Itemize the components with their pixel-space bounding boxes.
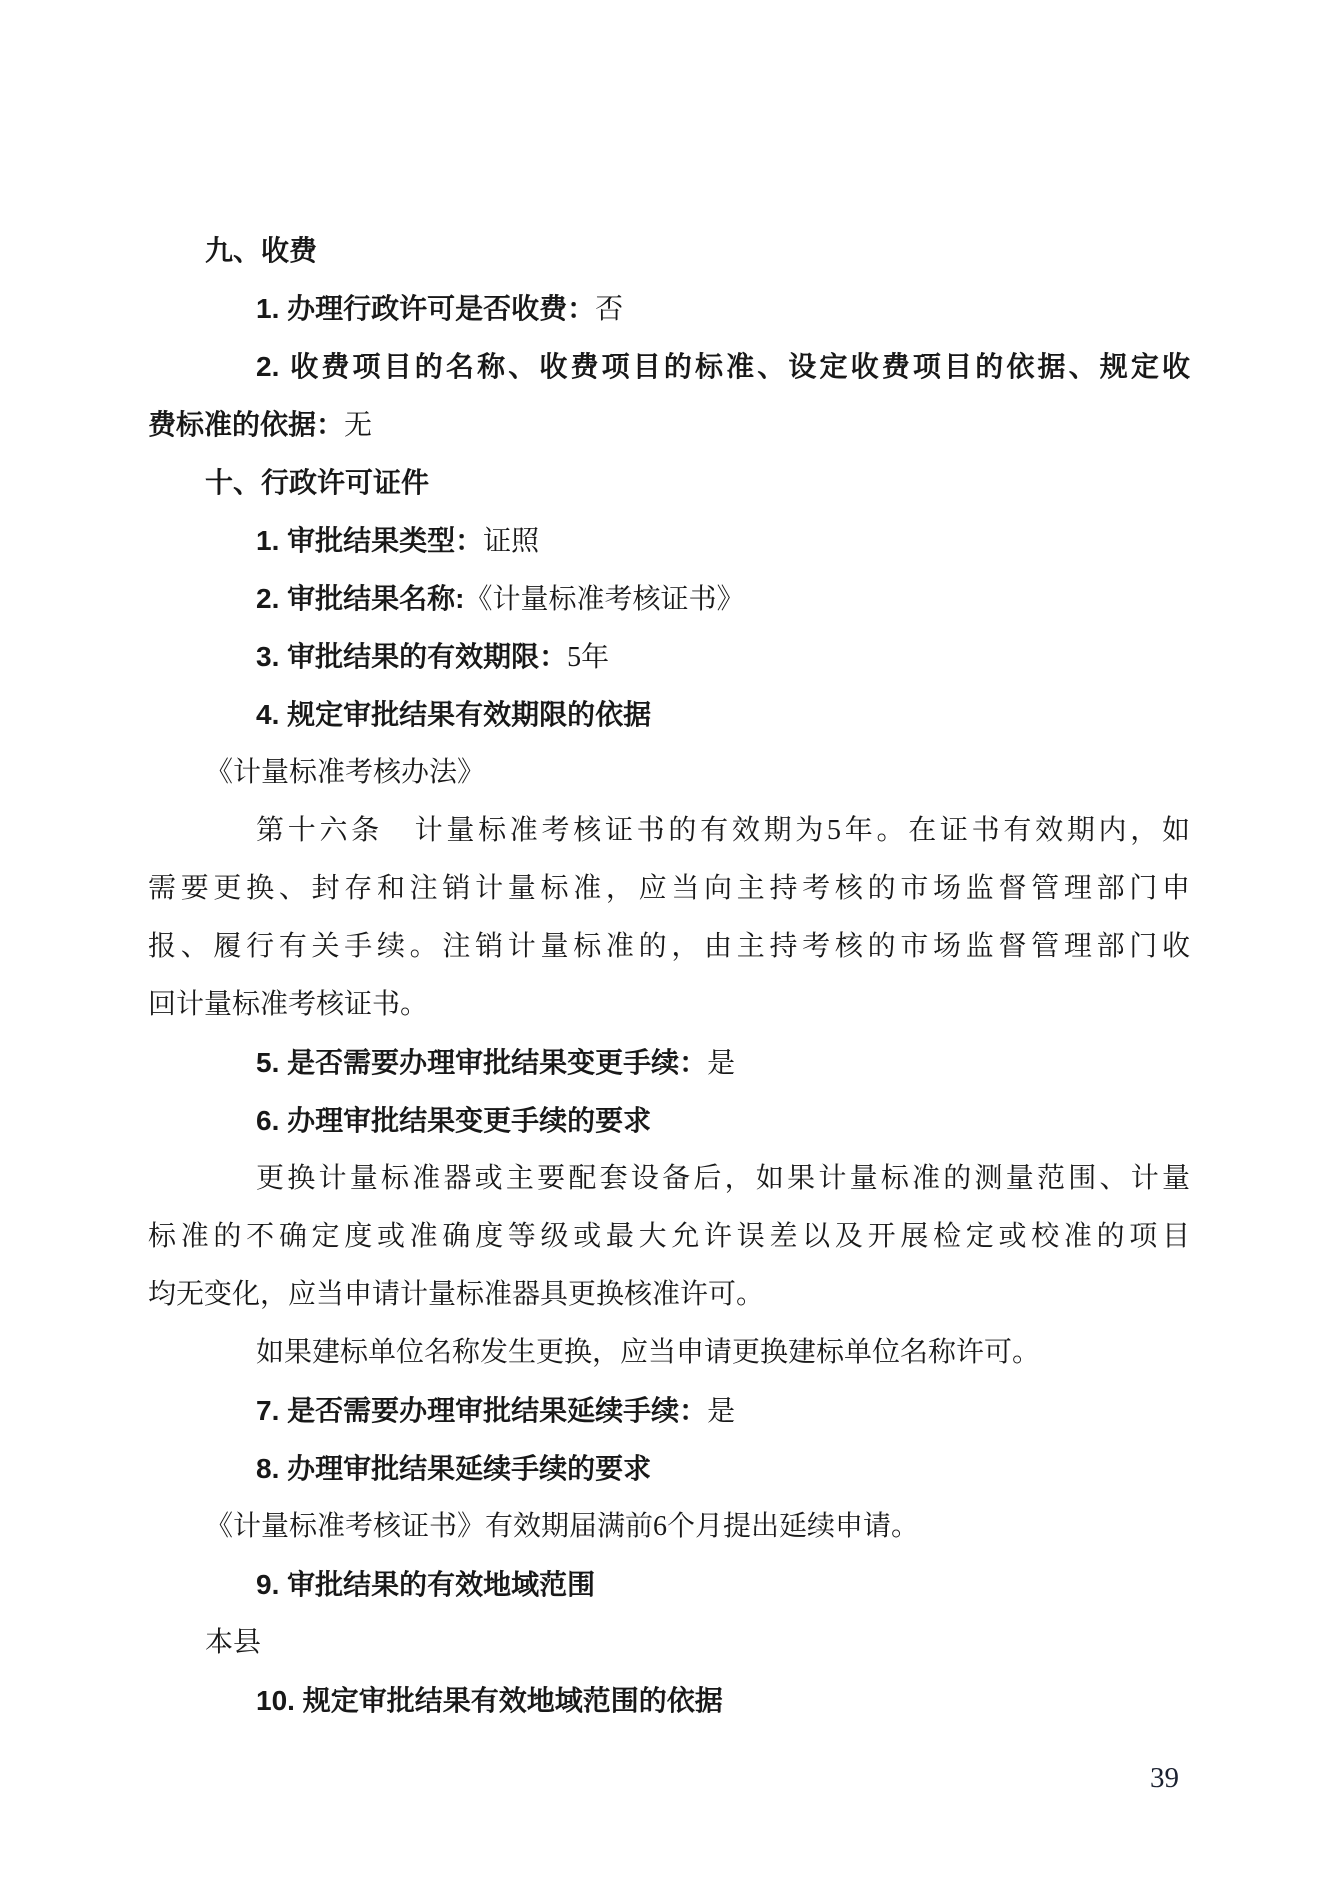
field-label: 2. 收费项目的名称、收费项目的标准、设定收费项目的依据、规定收 — [256, 351, 1190, 382]
text-line: 《计量标准考核办法》 — [205, 744, 1190, 802]
page-number: 39 — [1150, 1761, 1179, 1795]
text-line: 需要更换、封存和注销计量标准，应当向主持考核的市场监督管理部门申 — [148, 860, 1190, 918]
field-label: 2. 审批结果名称: — [256, 583, 464, 614]
text-line: 标准的不确定度或准确度等级或最大允许误差以及开展检定或校准的项目 — [148, 1208, 1190, 1266]
text-line: 7. 是否需要办理审批结果延续手续：是 — [256, 1382, 1190, 1440]
field-value: 更换计量标准器或主要配套设备后，如果计量标准的测量范围、计量 — [256, 1163, 1190, 1194]
field-value: 本县 — [205, 1627, 261, 1658]
field-value: 《计量标准考核证书》 — [464, 584, 744, 615]
text-line: 3. 审批结果的有效期限：5年 — [256, 628, 1190, 686]
field-label: 9. 审批结果的有效地域范围 — [256, 1569, 595, 1600]
field-label: 3. 审批结果的有效期限： — [256, 641, 567, 672]
field-label: 1. 审批结果类型： — [256, 525, 483, 556]
field-value: 5年 — [567, 642, 609, 673]
field-label: 十、行政许可证件 — [205, 467, 429, 498]
field-value: 是 — [707, 1396, 735, 1427]
document-body: 九、收费1. 办理行政许可是否收费：否2. 收费项目的名称、收费项目的标准、设定… — [148, 222, 1190, 1730]
text-line: 5. 是否需要办理审批结果变更手续：是 — [256, 1034, 1190, 1092]
field-value: 《计量标准考核证书》有效期届满前6个月提出延续申请。 — [205, 1511, 919, 1542]
field-label: 6. 办理审批结果变更手续的要求 — [256, 1105, 651, 1136]
text-line: 更换计量标准器或主要配套设备后，如果计量标准的测量范围、计量 — [256, 1150, 1190, 1208]
text-line: 本县 — [205, 1614, 1190, 1672]
field-value: 证照 — [483, 526, 539, 557]
field-value: 标准的不确定度或准确度等级或最大允许误差以及开展检定或校准的项目 — [148, 1221, 1190, 1252]
field-value: 《计量标准考核办法》 — [205, 757, 485, 788]
field-value: 无 — [344, 410, 372, 441]
text-line: 2. 收费项目的名称、收费项目的标准、设定收费项目的依据、规定收 — [256, 338, 1190, 396]
field-value: 第十六条 计量标准考核证书的有效期为5年。在证书有效期内，如 — [256, 815, 1190, 846]
field-label: 1. 办理行政许可是否收费： — [256, 293, 595, 324]
text-line: 1. 审批结果类型：证照 — [256, 512, 1190, 570]
text-line: 费标准的依据：无 — [148, 396, 1190, 454]
text-line: 9. 审批结果的有效地域范围 — [256, 1556, 1190, 1614]
text-line: 8. 办理审批结果延续手续的要求 — [256, 1440, 1190, 1498]
text-line: 《计量标准考核证书》有效期届满前6个月提出延续申请。 — [205, 1498, 1190, 1556]
field-label: 4. 规定审批结果有效期限的依据 — [256, 699, 651, 730]
field-value: 需要更换、封存和注销计量标准，应当向主持考核的市场监督管理部门申 — [148, 873, 1190, 904]
text-line: 第十六条 计量标准考核证书的有效期为5年。在证书有效期内，如 — [256, 802, 1190, 860]
field-label: 5. 是否需要办理审批结果变更手续： — [256, 1047, 707, 1078]
field-value: 均无变化，应当申请计量标准器具更换核准许可。 — [148, 1279, 764, 1310]
field-value: 否 — [595, 294, 623, 325]
text-line: 10. 规定审批结果有效地域范围的依据 — [256, 1672, 1190, 1730]
field-value: 回计量标准考核证书。 — [148, 989, 428, 1020]
text-line: 4. 规定审批结果有效期限的依据 — [256, 686, 1190, 744]
text-line: 回计量标准考核证书。 — [148, 976, 1190, 1034]
field-value: 报、履行有关手续。注销计量标准的，由主持考核的市场监督管理部门收 — [148, 931, 1190, 962]
field-label: 10. 规定审批结果有效地域范围的依据 — [256, 1685, 723, 1716]
text-line: 1. 办理行政许可是否收费：否 — [256, 280, 1190, 338]
field-label: 费标准的依据： — [148, 409, 344, 440]
text-line: 如果建标单位名称发生更换，应当申请更换建标单位名称许可。 — [256, 1324, 1190, 1382]
text-line: 6. 办理审批结果变更手续的要求 — [256, 1092, 1190, 1150]
text-line: 九、收费 — [205, 222, 1190, 280]
text-line: 报、履行有关手续。注销计量标准的，由主持考核的市场监督管理部门收 — [148, 918, 1190, 976]
field-value: 如果建标单位名称发生更换，应当申请更换建标单位名称许可。 — [256, 1337, 1040, 1368]
field-label: 8. 办理审批结果延续手续的要求 — [256, 1453, 651, 1484]
text-line: 2. 审批结果名称:《计量标准考核证书》 — [256, 570, 1190, 628]
text-line: 十、行政许可证件 — [205, 454, 1190, 512]
field-label: 九、收费 — [205, 235, 317, 266]
field-label: 7. 是否需要办理审批结果延续手续： — [256, 1395, 707, 1426]
text-line: 均无变化，应当申请计量标准器具更换核准许可。 — [148, 1266, 1190, 1324]
field-value: 是 — [707, 1048, 735, 1079]
